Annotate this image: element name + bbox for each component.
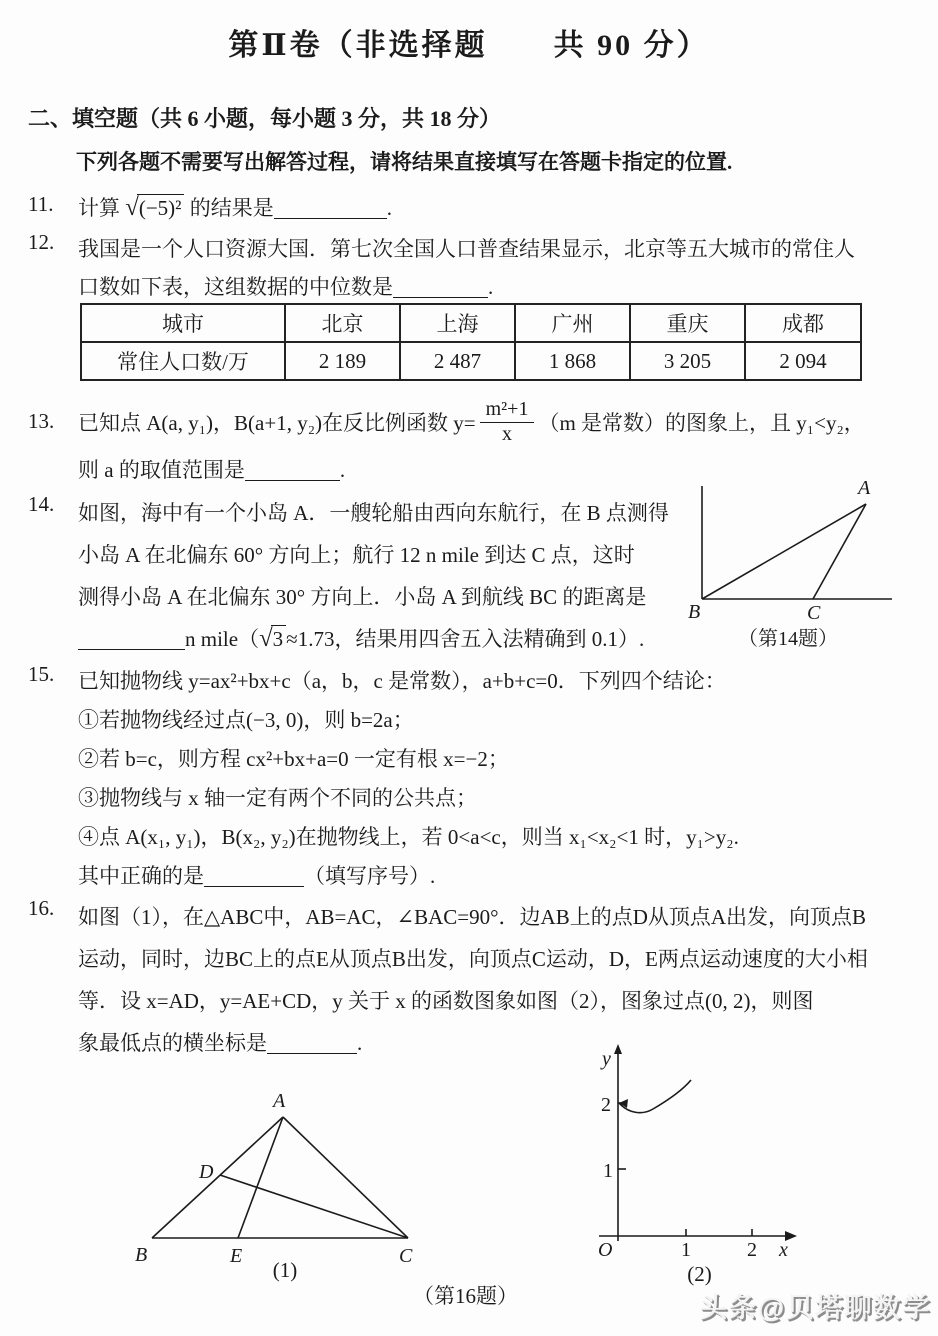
y-tick-1-label: 1 [603, 1160, 613, 1182]
q15-footer-text: 其中正确的是 [78, 864, 204, 888]
line-ca [813, 504, 866, 599]
question-number: 13. [28, 394, 78, 434]
header-cell: 上海 [400, 304, 515, 342]
data-cell: 1 868 [515, 342, 630, 380]
section-instruction: 下列各题不需要写出解答过程，请将结果直接填写在答题卡指定的位置. [76, 146, 732, 176]
question-12: 12. 我国是一个人口资源大国．第七次全国人口普查结果显示，北京等五大城市的常住… [28, 230, 855, 306]
q15-item-2: ②若 b=c，则方程 cx²+bx+a=0 一定有根 x=−2； [78, 740, 739, 779]
q14-line2: 小岛 A 在北偏东 60° 方向上；航行 12 n mile 到达 C 点，这时 [78, 534, 678, 576]
question-14: 14. 如图，海中有一个小岛 A．一艘轮船由西向东航行，在 B 点测得 小岛 A… [28, 492, 678, 660]
x-tick-2-label: 2 [747, 1239, 757, 1261]
y-axis-arrow [614, 1044, 622, 1054]
y-tick-2-label: 2 [601, 1094, 611, 1116]
exam-page: 第Ⅱ卷（非选择题 共 90 分） 二、填空题（共 6 小题，每小题 3 分，共 … [0, 0, 938, 1336]
q14-rest: ≈1.73，结果用四舍五入法精确到 0.1）. [286, 627, 644, 651]
point-label-b: B [688, 601, 700, 620]
figure-panel2-caption: (2) [657, 1262, 742, 1287]
point-label-b: B [135, 1244, 147, 1266]
q15-item-3: ③抛物线与 x 轴一定有两个不同的公共点； [78, 779, 739, 818]
q14-line3: 测得小岛 A 在北偏东 30° 方向上．小岛 A 到航线 BC 的距离是 [78, 576, 678, 618]
q13-line1: 已知点 A(a, y₁)，B(a+1, y₂)在反比例函数 y= m²+1 x … [78, 394, 865, 450]
q12-line2: 口数如下表，这组数据的中位数是. [78, 268, 855, 306]
data-cell: 2 487 [400, 342, 515, 380]
question-15: 15. 已知抛物线 y=ax²+bx+c（a，b，c 是常数），a+b+c=0．… [28, 662, 739, 896]
data-cell: 3 205 [630, 342, 745, 380]
q16-period: . [357, 1031, 362, 1055]
answer-blank [267, 1031, 357, 1054]
header-cell: 北京 [285, 304, 400, 342]
origin-label: O [598, 1239, 612, 1261]
question-number: 12. [28, 230, 78, 255]
fraction-numerator: m²+1 [480, 398, 535, 423]
header-cell: 成都 [745, 304, 861, 342]
q14-unit: n mile（ [185, 627, 259, 651]
point-label-c: C [399, 1245, 413, 1267]
q11-period: . [387, 196, 392, 220]
point-label-a: A [856, 477, 871, 499]
segment-dc [220, 1175, 408, 1238]
q15-footer: 其中正确的是（填写序号）. [78, 857, 739, 896]
question-number: 14. [28, 492, 78, 517]
figure-q16-triangle-diagram: A D B E C [105, 1075, 585, 1270]
figure-q14-caption: （第14题） [672, 622, 904, 651]
q16-line1: 如图（1），在△ABC中，AB=AC，∠BAC=90°．边AB上的点D从顶点A出… [78, 896, 868, 938]
answer-blank [393, 275, 488, 298]
side-ab [152, 1117, 283, 1238]
question-11: 11. 计算 √(−5)² 的结果是. [28, 192, 392, 222]
table-data-row: 常住人口数/万 2 189 2 487 1 868 3 205 2 094 [81, 342, 861, 380]
q11-text-pre: 计算 [78, 196, 120, 220]
q15-item-1: ①若抛物线经过点(−3, 0)，则 b=2a； [78, 701, 739, 740]
q12-line1: 我国是一个人口资源大国．第七次全国人口普查结果显示，北京等五大城市的常住人 [78, 230, 855, 268]
q11-text-post: 的结果是 [190, 196, 274, 220]
q12-line2-text: 口数如下表，这组数据的中位数是 [78, 275, 393, 299]
q13-text-post: （m 是常数）的图象上，且 y₁<y₂， [538, 407, 864, 437]
answer-blank [245, 458, 340, 481]
q16-line4-text: 象最低点的横坐标是 [78, 1031, 267, 1055]
section-heading: 二、填空题（共 6 小题，每小题 3 分，共 18 分） [28, 102, 501, 133]
segment-ae [238, 1117, 283, 1238]
table-header-row: 城市 北京 上海 广州 重庆 成都 [81, 304, 861, 342]
x-axis-label: x [778, 1239, 788, 1261]
sqrt-expression: √(−5)² [125, 196, 184, 220]
q16-line3: 等．设 x=AD，y=AE+CD，y 关于 x 的函数图象如图（2），图象过点(… [78, 980, 868, 1022]
header-cell: 城市 [81, 304, 285, 342]
sqrt-expression: √3 [259, 627, 286, 651]
x-tick-1-label: 1 [681, 1239, 691, 1261]
answer-blank [204, 864, 304, 887]
data-cell: 2 189 [285, 342, 400, 380]
function-curve [619, 1080, 691, 1113]
figure-panel1-caption: (1) [240, 1258, 330, 1283]
q12-period: . [488, 275, 493, 299]
q13-text-pre: 已知点 A(a, y₁)，B(a+1, y₂)在反比例函数 y= [78, 407, 476, 437]
radicand: (−5)² [137, 194, 185, 220]
question-number: 16. [28, 896, 78, 921]
header-cell: 广州 [515, 304, 630, 342]
q13-line2-text: 则 a 的取值范围是 [78, 458, 245, 482]
header-cell: 重庆 [630, 304, 745, 342]
figure-q14-navigation-diagram: A B C [672, 466, 904, 620]
fraction-denominator: x [480, 423, 535, 446]
point-label-a: A [271, 1090, 286, 1112]
q16-line2: 运动，同时，边BC上的点E从顶点B出发，向顶点C运动，D，E两点运动速度的大小相 [78, 938, 868, 980]
question-number: 15. [28, 662, 78, 687]
radicand: 3 [271, 625, 287, 651]
point-label-c: C [807, 602, 821, 620]
y-axis-label: y [600, 1048, 611, 1070]
q13-period: . [340, 458, 345, 482]
page-title: 第Ⅱ卷（非选择题 共 90 分） [0, 20, 938, 64]
figure-q16-caption: （第16题） [413, 1280, 518, 1310]
side-ac [283, 1117, 408, 1238]
q15-item-4: ④点 A(x₁, y₁)，B(x₂, y₂)在抛物线上，若 0<a<c，则当 x… [78, 818, 739, 857]
point-label-d: D [198, 1161, 214, 1183]
answer-blank [78, 627, 185, 650]
q15-footer-post: （填写序号）. [304, 864, 435, 888]
fraction: m²+1 x [480, 398, 535, 446]
q15-intro: 已知抛物线 y=ax²+bx+c（a，b，c 是常数），a+b+c=0．下列四个… [78, 662, 739, 701]
answer-blank [274, 196, 387, 219]
question-number: 11. [28, 192, 78, 217]
line-ba [702, 504, 866, 599]
q14-line4: n mile（√3≈1.73，结果用四舍五入法精确到 0.1）. [78, 618, 678, 660]
population-table: 城市 北京 上海 广州 重庆 成都 常住人口数/万 2 189 2 487 1 … [80, 303, 862, 381]
figure-q16-function-graph: y 2 1 O 1 2 x [585, 1038, 820, 1266]
q14-line1: 如图，海中有一个小岛 A．一艘轮船由西向东航行，在 B 点测得 [78, 492, 678, 534]
data-cell: 常住人口数/万 [81, 342, 285, 380]
watermark: 头条@贝塔聊数学 [700, 1286, 931, 1325]
data-cell: 2 094 [745, 342, 861, 380]
